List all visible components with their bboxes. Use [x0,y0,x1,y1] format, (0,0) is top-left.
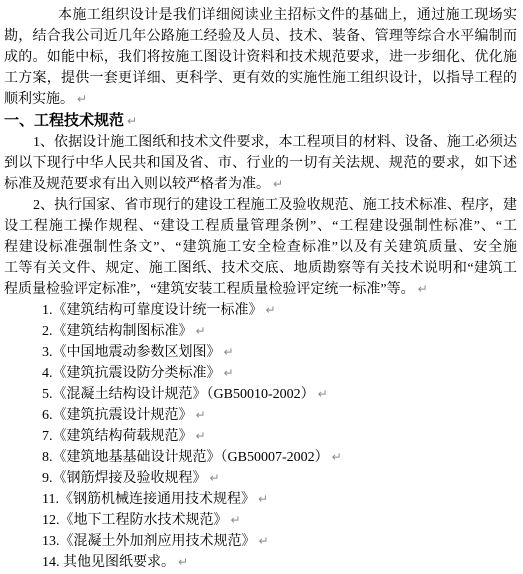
list-item: 11.《钢筋机械连接通用技术规程》↵ [42,489,517,510]
text-line: 程质量检验评定标准”，“建筑安装工程质量检验评定统一标准”等。↵ [4,279,517,300]
paragraph-mark-icon: ↵ [196,429,206,443]
list-item-text: 7.《建筑结构荷载规范》 [42,429,193,444]
list-item-text: 3.《中国地震动参数区划图》 [42,345,221,360]
list-item-text: 5.《混凝土结构设计规范》（GB50010-2002） [42,387,315,402]
list-item-text: 4.《建筑抗震设防分类标准》 [42,366,221,381]
list-item-text: 11.《钢筋机械连接通用技术规程》 [42,492,255,507]
text-line: 到以下现行中华人民共和国及省、市、行业的一切有关法规、规范的要求，如下述 [4,153,517,174]
list-item-text: 2.《建筑结构制图标准》 [42,324,193,339]
list-item-text: 9.《钢筋焊接及验收规程》 [42,471,207,486]
paragraph-mark-icon: ↵ [178,555,188,569]
text-line-content: 成的。如能中标，我们将按施工图设计资料和技术规范要求，进一步细化、优化施 [4,50,517,65]
text-line: 程建设标准强制性条文”、“建筑施工安全检查标准”以及有关建筑质量、安全施 [4,237,517,258]
section-heading-text: 一、工程技术规范 [4,113,124,129]
text-line-content: 工方案，提供一套更详细、更科学、更有效的实施性施工组织设计，以指导工程的 [4,71,517,86]
text-line: 顺利实施。↵ [4,89,517,110]
list-item: 1.《建筑结构可靠度设计统一标准》↵ [42,300,517,321]
text-line-content: 设工程施工操作规程、“建设工程质量管理条例”、“工程建设强制性标准”、“工 [4,219,517,234]
list-item: 6.《建筑抗震设计规范》↵ [42,405,517,426]
paragraph-mark-icon: ↵ [210,471,220,485]
list-item-text: 8.《建筑地基基础设计规范》（GB50007-2002） [42,450,329,465]
paragraph-mark-icon: ↵ [318,387,328,401]
list-item-text: 1.《建筑结构可靠度设计统一标准》 [42,303,263,318]
paragraph-mark-icon: ↵ [332,450,342,464]
list-item: 7.《建筑结构荷载规范》↵ [42,426,517,447]
text-line-content: 本施工组织设计是我们详细阅读业主招标文件的基础上，通过施工现场实地踏 [4,8,517,26]
list-item-text: 13.《混凝土外加剂应用技术规范》 [42,534,256,549]
list-item: 14. 其他见图纸要求。↵ [42,552,517,573]
paragraph-mark-icon: ↵ [258,492,268,506]
paragraph-mark-icon: ↵ [273,177,283,191]
paragraph-mark-icon: ↵ [196,324,206,338]
text-line-content: 2、执行国家、省市现行的建设工程施工及验收规范、施工技术标准、程序，建 [33,198,517,213]
list-item-text: 14. 其他见图纸要求。 [42,555,175,570]
text-line: 标准及规范要求有出入则以较严格者为准。↵ [4,174,517,195]
list-item: 4.《建筑抗震设防分类标准》↵ [42,363,517,384]
text-line: 1、依据设计施工图纸和技术文件要求，本工程项目的材料、设备、施工必须达 [4,132,517,153]
paragraph-mark-icon: ↵ [418,282,428,296]
paragraph-mark-icon: ↵ [259,534,269,548]
text-line-content: 标准及规范要求有出入则以较严格者为准。 [4,177,270,192]
text-line: 工等有关文件、规定、施工图纸、技术交底、地质勘察等有关技术说明和“建筑工 [4,258,517,279]
intro-paragraph: 本施工组织设计是我们详细阅读业主招标文件的基础上，通过施工现场实地踏 勘，结合我… [4,5,517,110]
text-line: 工方案，提供一套更详细、更科学、更有效的实施性施工组织设计，以指导工程的 [4,68,517,89]
section-heading: 一、工程技术规范↵ [4,110,517,132]
list-item: 9.《钢筋焊接及验收规程》↵ [42,468,517,489]
list-item: 12.《地下工程防水技术规范》↵ [42,510,517,531]
text-line-content: 到以下现行中华人民共和国及省、市、行业的一切有关法规、规范的要求，如下述 [4,156,517,171]
text-line-content: 勘，结合我公司近几年公路施工经验及人员、技术、装备、管理等综合水平编制而 [4,29,517,44]
paragraph-mark-icon: ↵ [266,303,276,317]
paragraph-mark-icon: ↵ [196,408,206,422]
text-line: 2、执行国家、省市现行的建设工程施工及验收规范、施工技术标准、程序，建 [4,195,517,216]
list-item: 3.《中国地震动参数区划图》↵ [42,342,517,363]
list-item-text: 6.《建筑抗震设计规范》 [42,408,193,423]
paragraph-mark-icon: ↵ [77,92,87,106]
list-item: 13.《混凝土外加剂应用技术规范》↵ [42,531,517,552]
text-line-content: 1、依据设计施工图纸和技术文件要求，本工程项目的材料、设备、施工必须达 [33,135,517,150]
list-item-text: 12.《地下工程防水技术规范》 [42,513,228,528]
text-line-content: 工等有关文件、规定、施工图纸、技术交底、地质勘察等有关技术说明和“建筑工 [4,261,517,276]
paragraph-mark-icon: ↵ [224,366,234,380]
clause-1-paragraph: 1、依据设计施工图纸和技术文件要求，本工程项目的材料、设备、施工必须达 到以下现… [4,132,517,195]
list-item: 2.《建筑结构制图标准》↵ [42,321,517,342]
paragraph-mark-icon: ↵ [224,345,234,359]
text-line: 设工程施工操作规程、“建设工程质量管理条例”、“工程建设强制性标准”、“工 [4,216,517,237]
standards-list: 1.《建筑结构可靠度设计统一标准》↵ 2.《建筑结构制图标准》↵ 3.《中国地震… [4,300,517,573]
text-line: 成的。如能中标，我们将按施工图设计资料和技术规范要求，进一步细化、优化施 [4,47,517,68]
text-line: 本施工组织设计是我们详细阅读业主招标文件的基础上，通过施工现场实地踏 [4,5,517,26]
document-page: 本施工组织设计是我们详细阅读业主招标文件的基础上，通过施工现场实地踏 勘，结合我… [0,0,523,574]
text-line: 勘，结合我公司近几年公路施工经验及人员、技术、装备、管理等综合水平编制而 [4,26,517,47]
clause-2-paragraph: 2、执行国家、省市现行的建设工程施工及验收规范、施工技术标准、程序，建 设工程施… [4,195,517,300]
paragraph-mark-icon: ↵ [127,114,137,128]
list-item: 5.《混凝土结构设计规范》（GB50010-2002）↵ [42,384,517,405]
text-line-content: 程建设标准强制性条文”、“建筑施工安全检查标准”以及有关建筑质量、安全施 [4,240,517,255]
list-item: 8.《建筑地基基础设计规范》（GB50007-2002）↵ [42,447,517,468]
text-line-content: 顺利实施。 [4,92,74,107]
text-line-content: 程质量检验评定标准”，“建筑安装工程质量检验评定统一标准”等。 [4,282,415,297]
paragraph-mark-icon: ↵ [231,513,241,527]
